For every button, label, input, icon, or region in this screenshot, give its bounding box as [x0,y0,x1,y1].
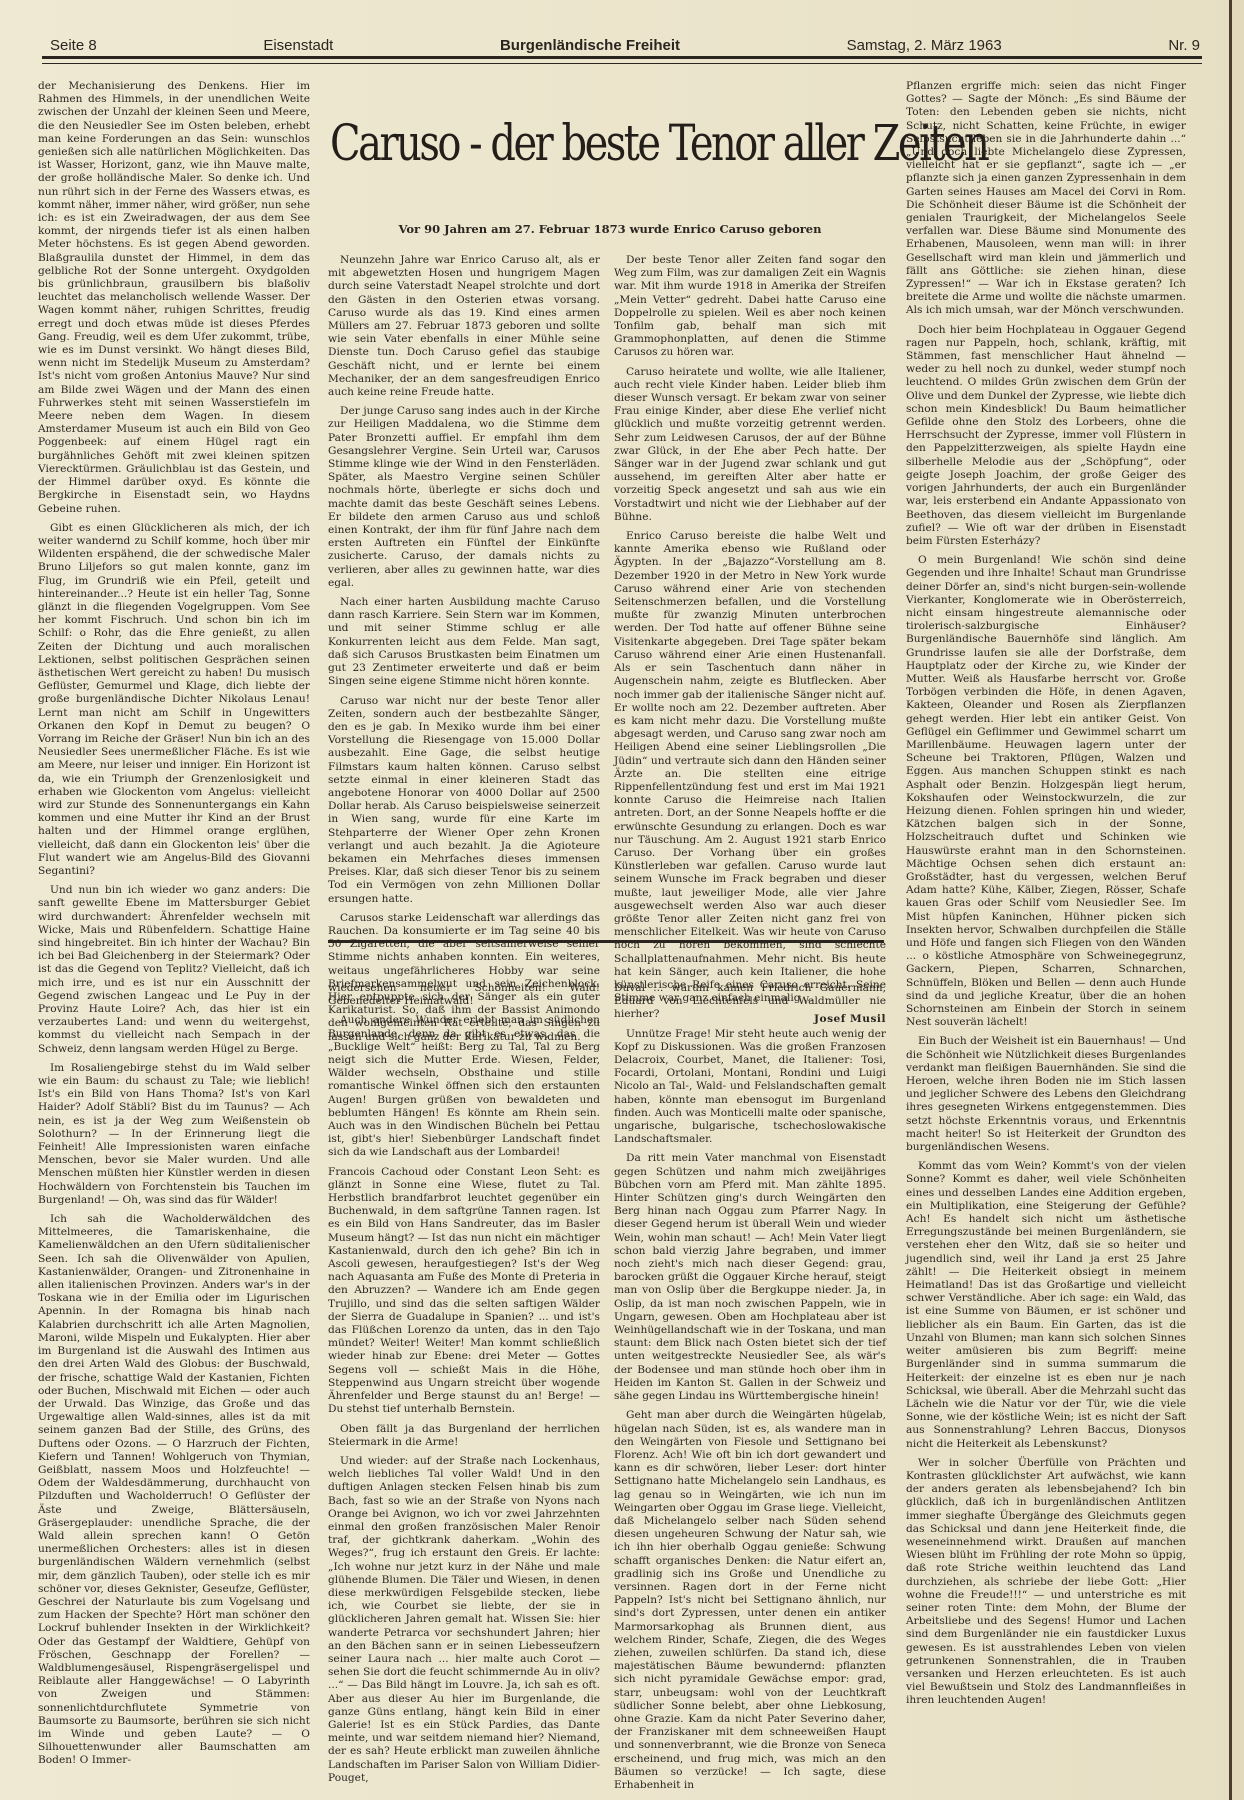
paragraph: Neunzehn Jahre war Enrico Caruso alt, al… [328,254,600,399]
issue-date: Samstag, 2. März 1963 [847,37,1002,54]
caruso-column-1: Neunzehn Jahre war Enrico Caruso alt, al… [328,254,600,1050]
paragraph: der Mechanisierung des Denkens. Hier im … [38,80,310,516]
paragraph: Enrico Caruso bereiste die halbe Welt un… [614,530,886,1005]
paragraph: Auch andere Wunder erlebt man im südlich… [328,1014,600,1159]
paragraph: Caruso heiratete und wollte, wie alle It… [614,366,886,524]
paragraph: Wer in solcher Überfülle von Prächten un… [906,1457,1186,1708]
paragraph: Francois Cachoud oder Constant Leon Seht… [328,1166,600,1417]
paragraph: Und nun bin ich wieder wo ganz anders: D… [38,884,310,1056]
essay-column-right: Pflanzen ergriffe mich: seien das nicht … [906,80,1186,1714]
masthead: Seite 8 Eisenstadt Burgenländische Freih… [50,32,1200,54]
paragraph: Da ritt mein Vater manchmal von Eisensta… [614,1152,886,1403]
paragraph: Im Rosaliengebirge stehst du im Wald sel… [38,1062,310,1207]
paragraph: Unnütze Frage! Mir steht heute auch weni… [614,1028,886,1147]
newspaper-name: Burgenländische Freiheit [500,37,680,54]
paragraph: Oben fällt ja das Burgenland der herrlic… [328,1423,600,1449]
article-separator-rule [328,940,884,943]
caruso-column-2: Der beste Tenor aller Zeiten fand sogar … [614,254,886,1027]
paragraph: Nach einer harten Ausbildung machte Caru… [328,596,600,688]
paragraph: Gibt es einen Glücklicheren als mich, de… [38,522,310,878]
newspaper-page: Seite 8 Eisenstadt Burgenländische Freih… [0,0,1244,1800]
issue-number: Nr. 9 [1168,37,1200,54]
paragraph: wiedersehen neuer Schönheiten! Wald! Geb… [328,982,600,1008]
binding-edge [1229,0,1232,1800]
paragraph: Duval ... warum kamen Friedrich Gauerman… [614,982,886,1022]
paragraph: Pflanzen ergriffe mich: seien das nicht … [906,80,1186,318]
paragraph: O mein Burgenland! Wie schön sind deine … [906,554,1186,1029]
paragraph: Und wieder: auf der Straße nach Lockenha… [328,1455,600,1785]
essay-column-middle-b: Duval ... warum kamen Friedrich Gauerman… [614,982,886,1798]
paragraph: Doch hier beim Hochplateau in Oggauer Ge… [906,324,1186,548]
masthead-rule [42,56,1202,64]
paragraph: Ein Buch der Weisheit ist ein Bauernhaus… [906,1035,1186,1154]
paragraph: Geht man aber durch die Weingärten hügel… [614,1409,886,1792]
paragraph: Der junge Caruso sang indes auch in der … [328,405,600,590]
paragraph: Der beste Tenor aller Zeiten fand sogar … [614,254,886,360]
article-subheadline: Vor 90 Jahren am 27. Februar 1873 wurde … [330,222,890,236]
paragraph: Kommt das vom Wein? Kommt's von der viel… [906,1160,1186,1450]
paragraph: Ich sah die Wacholderwäldchen des Mittel… [38,1213,310,1768]
page-edge [1232,0,1244,1800]
essay-column-left: der Mechanisierung des Denkens. Hier im … [38,80,310,1774]
page-number: Seite 8 [50,37,97,54]
article-headline: Caruso - der beste Tenor aller Zeiten [330,115,890,173]
essay-column-middle-a: wiedersehen neuer Schönheiten! Wald! Geb… [328,982,600,1791]
city: Eisenstadt [263,37,333,54]
paragraph: Caruso war nicht nur der beste Tenor all… [328,695,600,906]
